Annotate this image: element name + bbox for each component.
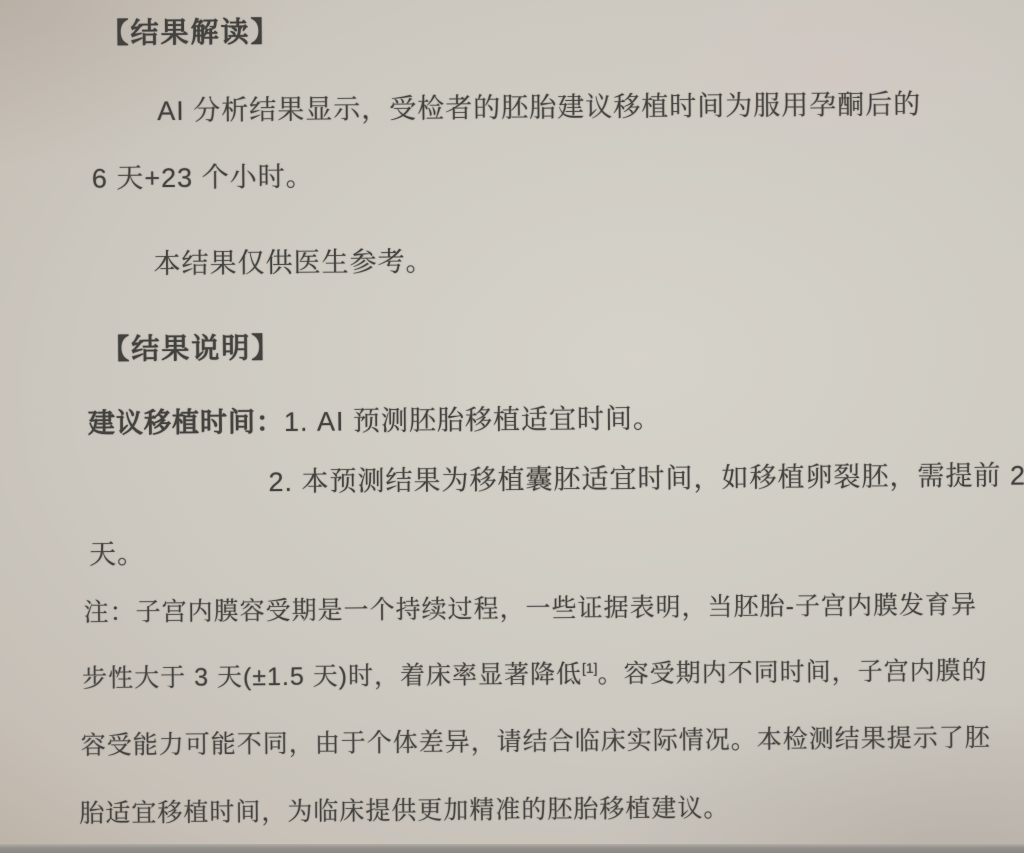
heading-result-description: 【结果说明】 [101, 326, 281, 368]
result-text-line1: AI 分析结果显示，受检者的胚胎建议移植时间为服用孕酮后的 [157, 82, 921, 128]
note-line4: 胎适宜移植时间，为临床提供更加精准的胚胎移植建议。 [79, 788, 729, 830]
suggested-transfer-time-label: 建议移植时间： [88, 407, 284, 439]
explanation-item2-line2: 天。 [89, 532, 145, 571]
explanation-item2-line1: 2. 本预测结果为移植囊胚适宜时间，如移植卵裂胚，需提前 2 [268, 454, 1024, 500]
explanation-item1: 1. AI 预测胚胎移植适宜时间。 [284, 404, 661, 437]
note-line2: 步性大于 3 天(±1.5 天)时，着床率显著降低[1]。容受期内不同时间，子宫… [82, 651, 988, 695]
note-line2-text: 步性大于 3 天(±1.5 天)时，着床率显著降低 [82, 660, 582, 692]
note-line1: 注：子宫内膜容受期是一个持续过程，一些证据表明，当胚胎-子宫内膜发育异 [83, 585, 977, 629]
heading-result-interpretation: 【结果解读】 [100, 10, 280, 52]
report-page: 【结果解读】 AI 分析结果显示，受检者的胚胎建议移植时间为服用孕酮后的 6 天… [0, 0, 1024, 853]
note-line2-continuation: 。容受期内不同时间，子宫内膜的 [597, 657, 987, 688]
note-line3: 容受能力可能不同，由于个体差异，请结合临床实际情况。本检测结果提示了胚 [81, 718, 991, 762]
citation-reference: [1] [582, 660, 598, 676]
doctor-reference-disclaimer: 本结果仅供医生参考。 [153, 240, 433, 281]
document-photo: 【结果解读】 AI 分析结果显示，受检者的胚胎建议移植时间为服用孕酮后的 6 天… [0, 0, 1024, 853]
paper-bottom-edge [0, 844, 1024, 853]
result-text-line2: 6 天+23 个小时。 [92, 155, 314, 196]
suggested-transfer-time-line: 建议移植时间：1. AI 预测胚胎移植适宜时间。 [88, 397, 661, 441]
